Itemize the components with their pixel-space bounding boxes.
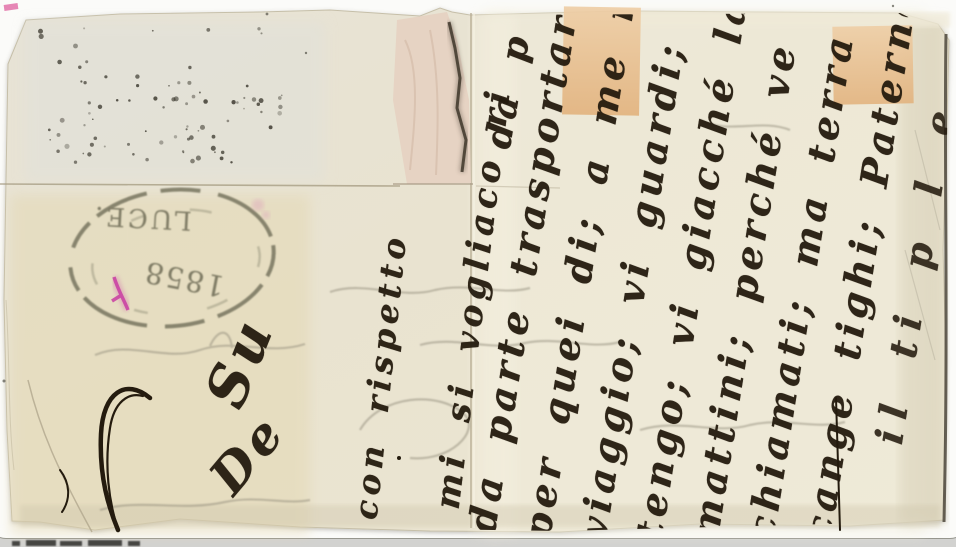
pink-edge-mark bbox=[4, 3, 19, 11]
scanned-letter-photo: LUCE. 1858 il t bbox=[0, 0, 956, 547]
handwriting-line: con rispetto bbox=[342, 278, 415, 522]
handwriting-layer: il ti p l e cange tighi; Paterno e s chi… bbox=[0, 0, 956, 547]
cropped-print-fragment bbox=[12, 540, 140, 546]
